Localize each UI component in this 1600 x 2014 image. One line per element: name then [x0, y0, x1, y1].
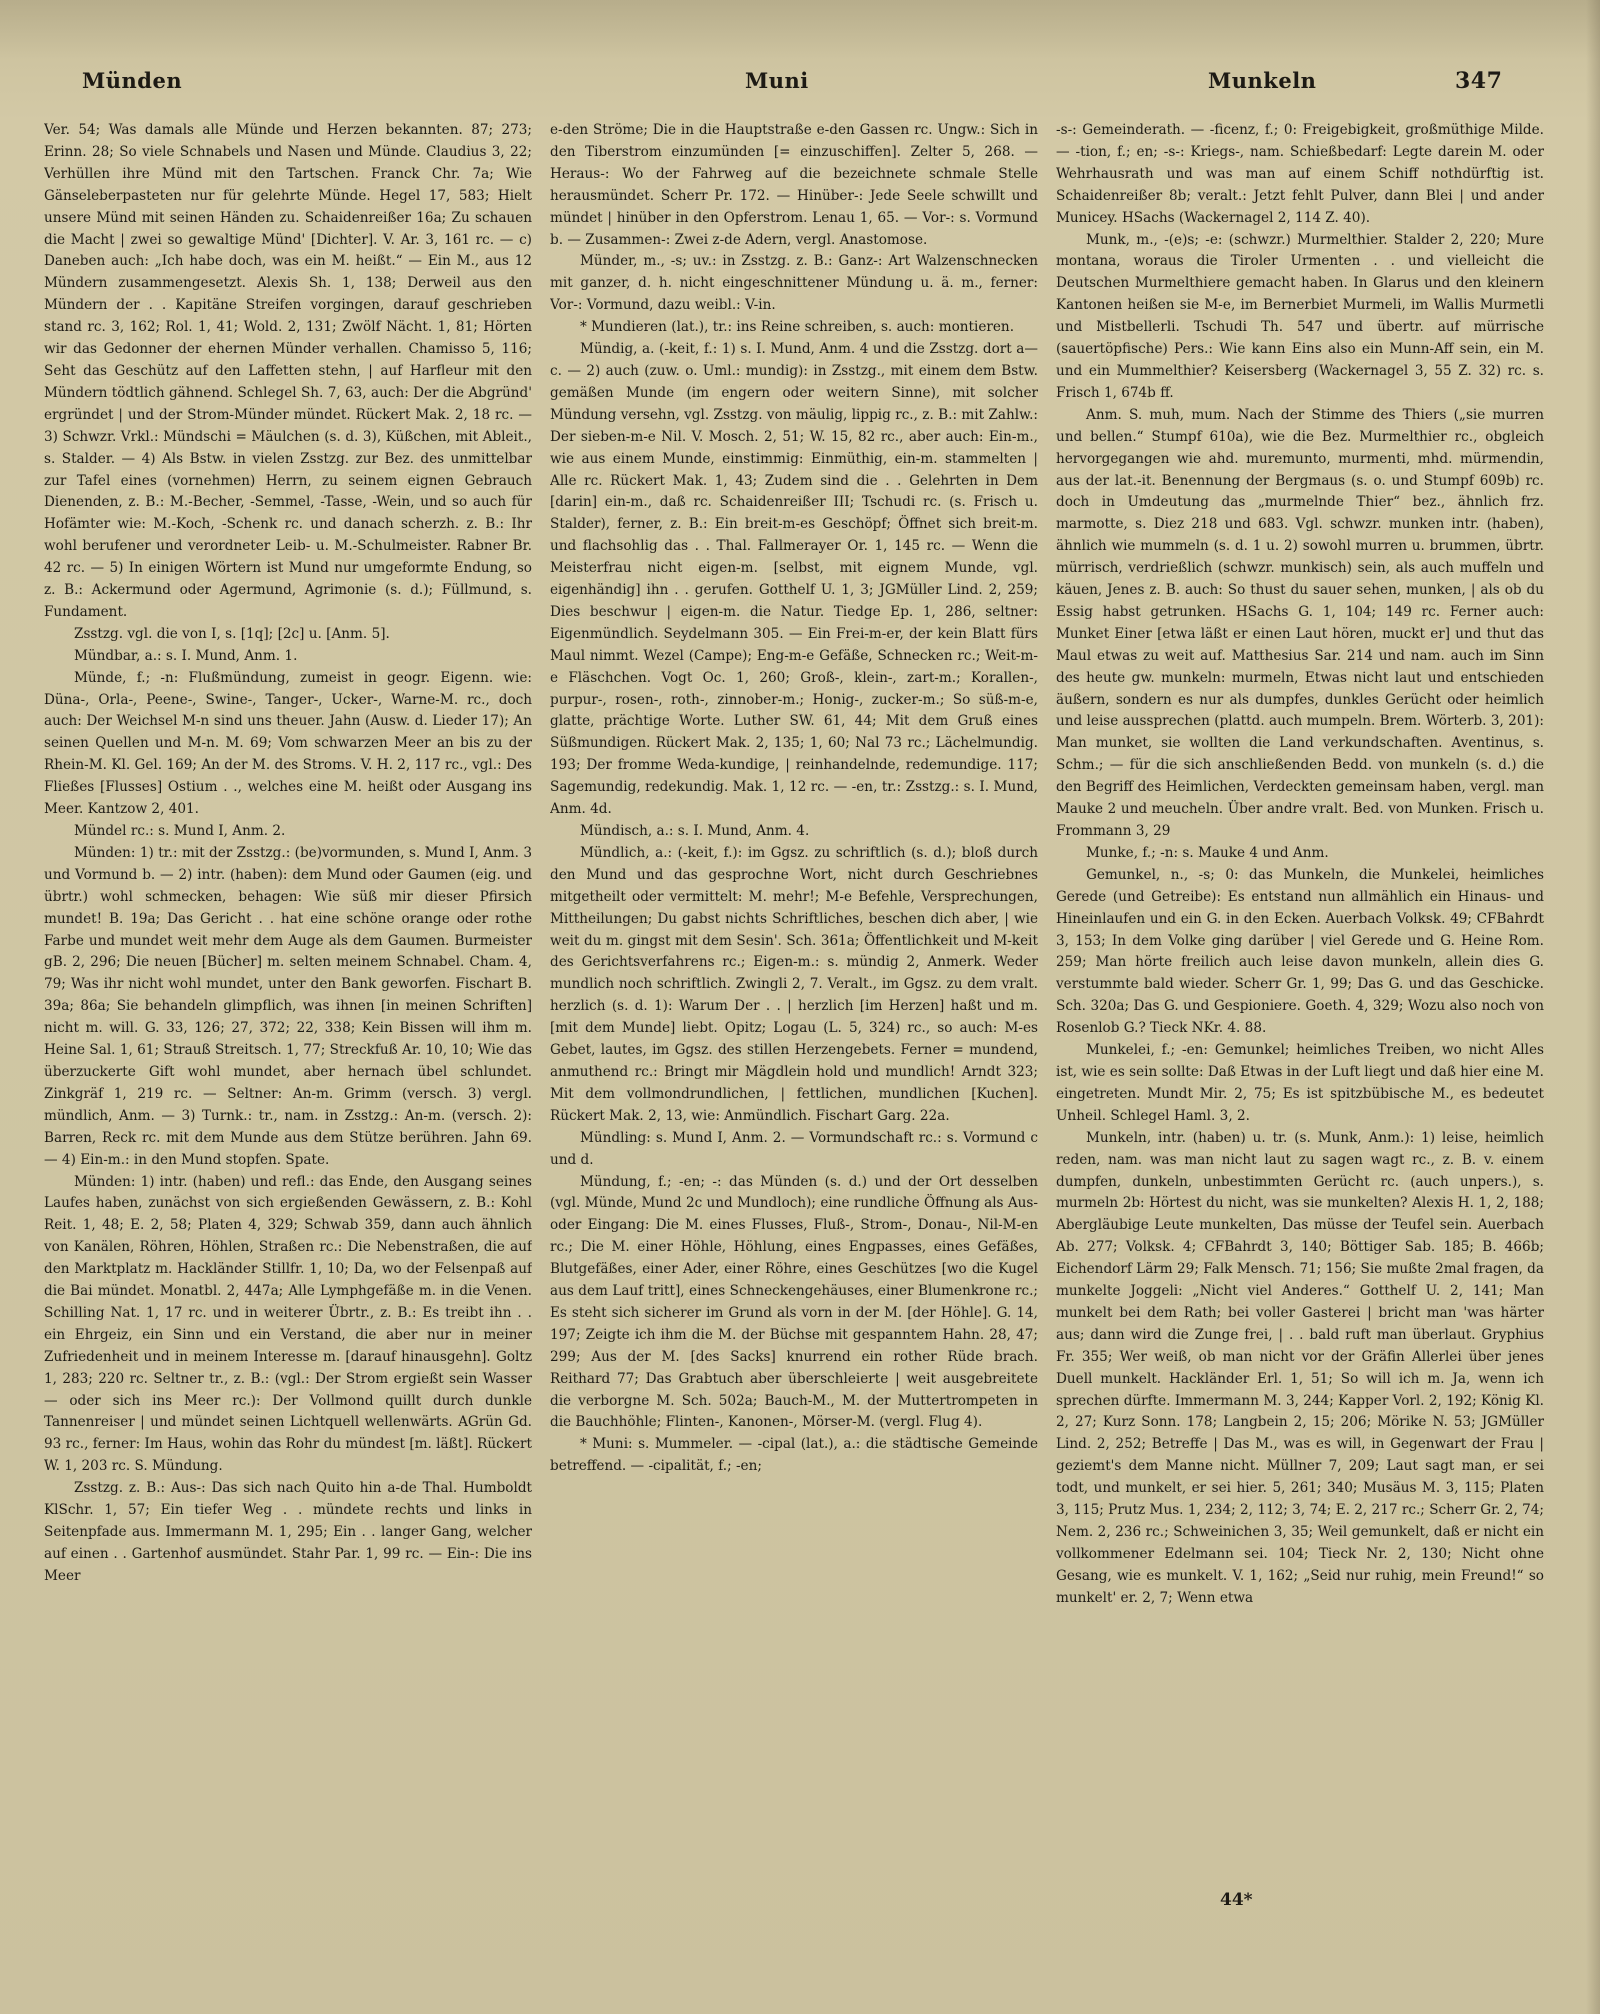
entry-mundieren: * Mundieren (lat.), tr.: ins Reine schre…	[550, 317, 1038, 339]
entry-muendisch: Mündisch, a.: s. I. Mund, Anm. 4.	[550, 821, 1038, 843]
column-1: Ver. 54; Was damals alle Münde und Herze…	[44, 120, 532, 1860]
entry-munke: Munke, f.; -n: s. Mauke 4 und Anm.	[1056, 843, 1544, 865]
entry-munkeln: Munkeln, intr. (haben) u. tr. (s. Munk, …	[1056, 1128, 1544, 1610]
running-header: Münden Muni Munkeln 347	[0, 68, 1600, 96]
page-top-shadow	[0, 0, 1600, 60]
entry-munk: Munk, m., -(e)s; -e: (schwzr.) Murmelthi…	[1056, 230, 1544, 405]
entry-munden-2: Münden: 1) intr. (haben) und refl.: das …	[44, 1172, 532, 1479]
entry-muendung: Mündung, f.; -en; -: das Münden (s. d.) …	[550, 1172, 1038, 1435]
entry-text: -s-: Gemeinderath. — -ficenz, f.; 0: Fre…	[1056, 120, 1544, 230]
entry-compounds: Zsstzg. vgl. die von I, s. [1q]; [2c] u.…	[44, 624, 532, 646]
entry-munden-1: Münden: 1) tr.: mit der Zsstzg.: (be)vor…	[44, 843, 532, 1172]
left-catchword: Münden	[82, 68, 182, 93]
dictionary-columns: Ver. 54; Was damals alle Münde und Herze…	[44, 120, 1554, 1860]
entry-muendlich: Mündlich, a.: (-keit, f.): im Ggsz. zu s…	[550, 843, 1038, 1128]
entry-muendig: Mündig, a. (-keit, f.: 1) s. I. Mund, An…	[550, 339, 1038, 821]
entry-text: Ver. 54; Was damals alle Münde und Herze…	[44, 120, 532, 624]
entry-munk-note: Anm. S. muh, mum. Nach der Stimme des Th…	[1056, 405, 1544, 843]
entry-gemunkel: Gemunkel, n., -s; 0: das Munkeln, die Mu…	[1056, 865, 1544, 1040]
column-2: e-den Ströme; Die in die Hauptstraße e-d…	[550, 120, 1038, 1860]
right-catchword: Munkeln	[1208, 68, 1316, 93]
entry-munkelei: Munkelei, f.; -en: Gemunkel; heimliches …	[1056, 1040, 1544, 1128]
center-catchword: Muni	[745, 68, 809, 93]
entry-muni: * Muni: s. Mummeler. — -cipal (lat.), a.…	[550, 1434, 1038, 1478]
signature-mark: 44*	[1220, 1890, 1253, 1910]
entry-muendel: Mündel rc.: s. Mund I, Anm. 2.	[44, 821, 532, 843]
page-number: 347	[1455, 68, 1502, 94]
entry-muender: Münder, m., -s; uv.: in Zsstzg. z. B.: G…	[550, 251, 1038, 317]
page-edge-shadow	[1586, 0, 1600, 2014]
entry-muendbar: Mündbar, a.: s. I. Mund, Anm. 1.	[44, 646, 532, 668]
entry-muende: Münde, f.; -n: Flußmündung, zumeist in g…	[44, 668, 532, 821]
column-3: -s-: Gemeinderath. — -ficenz, f.; 0: Fre…	[1056, 120, 1544, 1860]
entry-text: e-den Ströme; Die in die Hauptstraße e-d…	[550, 120, 1038, 251]
entry-munden-compounds: Zsstzg. z. B.: Aus-: Das sich nach Quito…	[44, 1478, 532, 1588]
entry-muendling: Mündling: s. Mund I, Anm. 2. — Vormundsc…	[550, 1128, 1038, 1172]
